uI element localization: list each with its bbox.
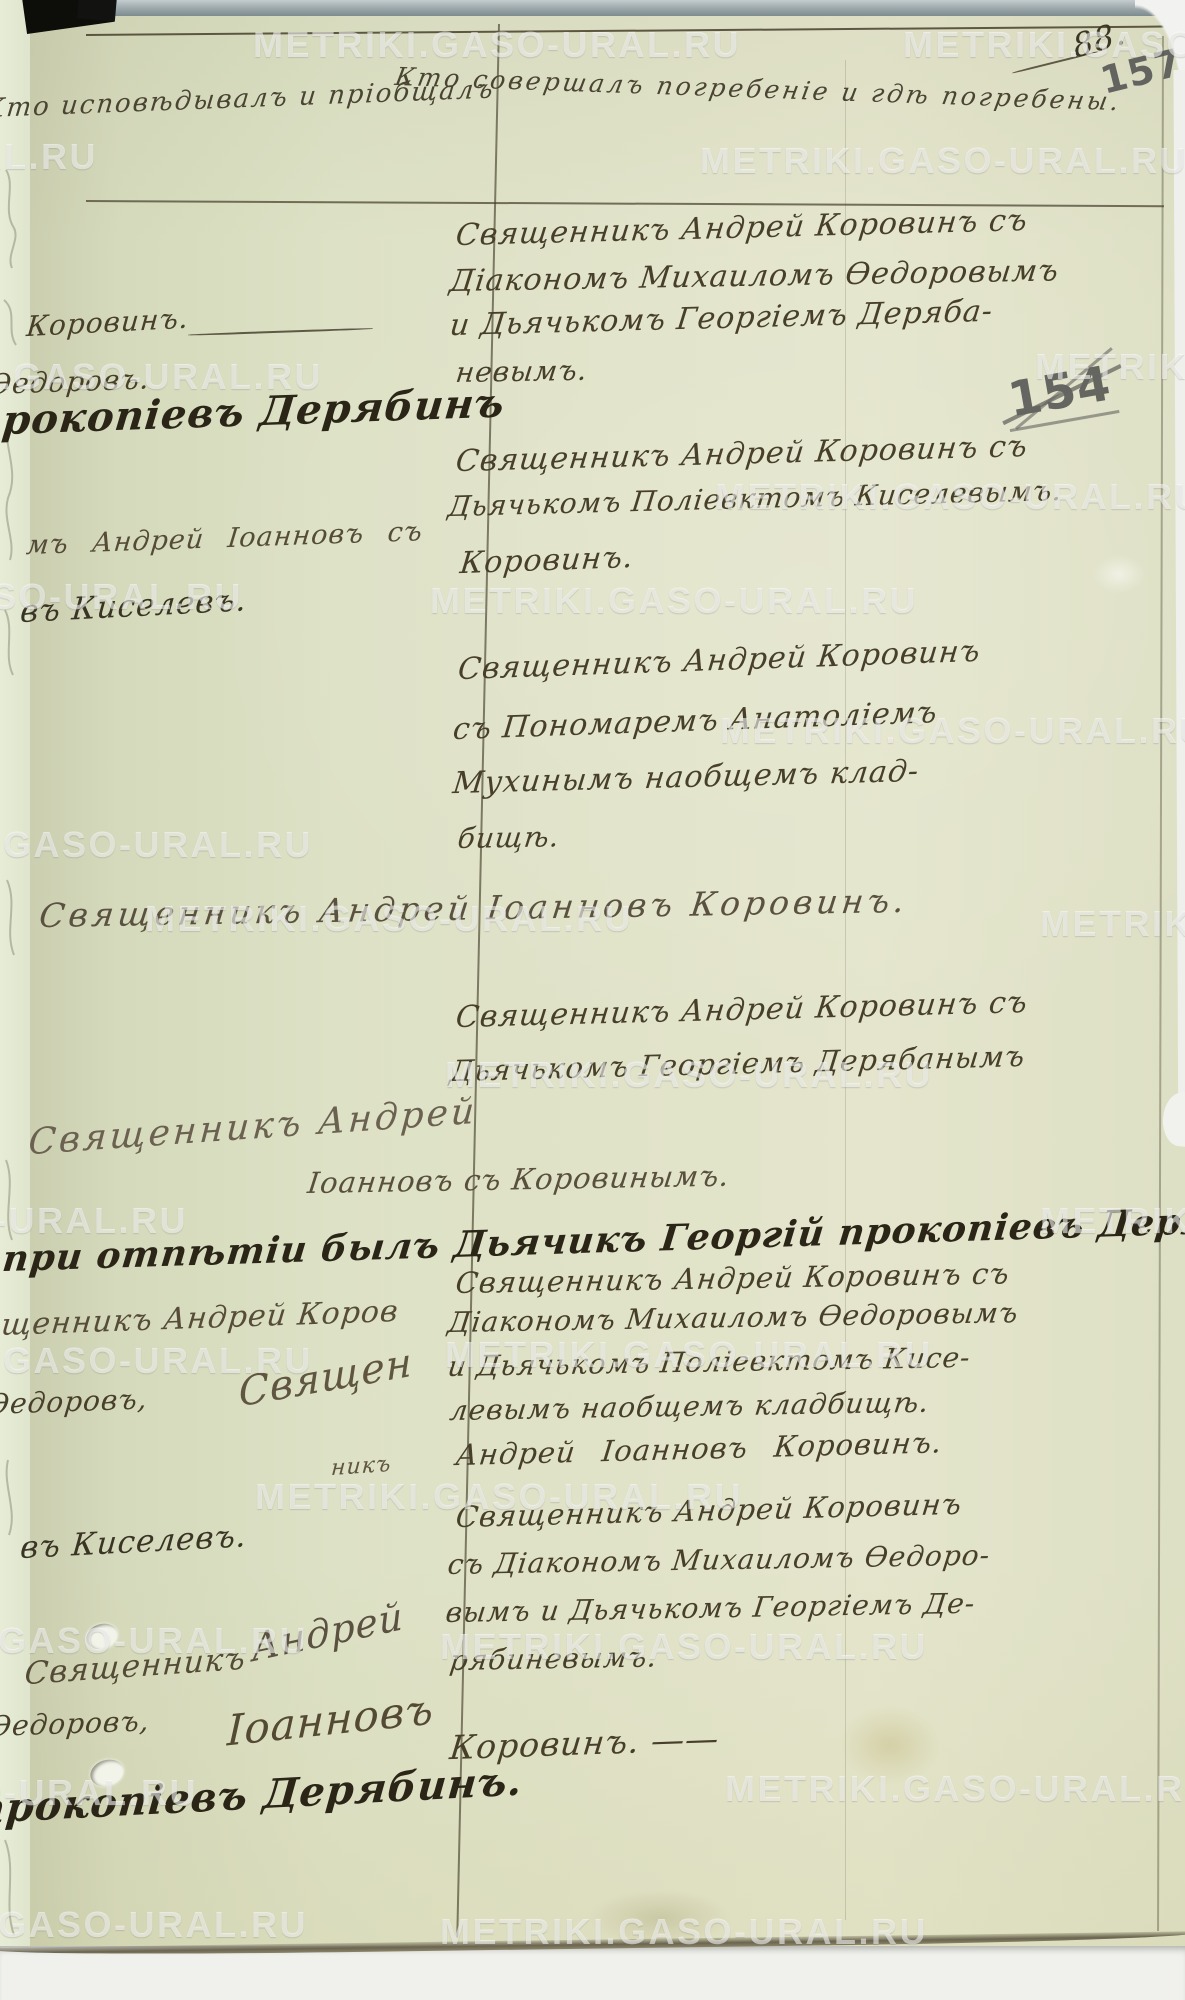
left-entry6-line3: Ѳедоровъ, — [0, 1704, 152, 1743]
entry3-line4: бищѣ. — [456, 820, 562, 855]
photo-corner — [77, 0, 117, 22]
page-top-edge — [48, 0, 1160, 16]
entry6-line4: рябиневымъ. — [448, 1640, 660, 1677]
left-entry5-line4: никъ — [330, 1452, 392, 1481]
paper-highlight-spot — [1083, 548, 1155, 600]
scan-background-bottom — [0, 1946, 1185, 2000]
bleed-through-marks — [0, 0, 30, 2000]
paper-stain — [820, 1690, 960, 1800]
left-entry5-line2: Ѳедоровъ, — [0, 1382, 150, 1421]
entry2-line3: Коровинъ. — [458, 540, 635, 581]
